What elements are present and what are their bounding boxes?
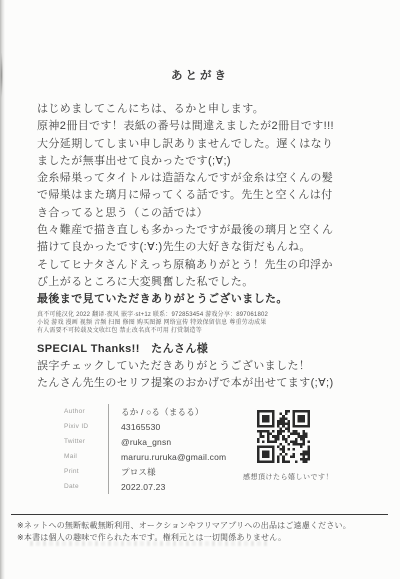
- info-row: Date 2022.07.23: [64, 479, 226, 494]
- body-text: はじめましてこんにちは、るかと申します。 原神2冊目です！表紙の番号は間違えまし…: [37, 101, 378, 393]
- info-value-mail: maruru.ruruka@gmail.com: [108, 449, 226, 464]
- credits-line: 有人需要不可转载及文收红包 禁止改名真不可用 打赏制造等: [37, 327, 378, 335]
- info-row: Print プロス様: [64, 464, 226, 479]
- credits-line: 小说 游戏 漫画 视频 音频 扫图 修图 购买图源 网络宣传 特效保留信息 尊重…: [37, 319, 378, 327]
- body-line: 大分延期してしまい申し訳ありませんでした。遅くはなり: [37, 136, 378, 153]
- info-row: Pixiv ID 43165530: [64, 419, 226, 434]
- info-value-date: 2022.07.23: [108, 479, 166, 494]
- info-label: Author: [64, 408, 108, 415]
- body-line: び上がるところに大変興奮した私でした。: [37, 274, 378, 291]
- qr-caption: 感想頂けたら嬉しいです！: [243, 472, 333, 482]
- info-label: Print: [64, 468, 108, 475]
- body-line: 金糸帰巣ってタイトルは造語なんですが金糸は空くんの髪: [37, 170, 378, 187]
- body-line: 描けて良かったです(:∀:)先生の大好きな街だもんね。: [37, 239, 378, 256]
- closing-line: 最後まで見ていただきありがとうございました。: [37, 291, 378, 308]
- qr-code: [257, 410, 310, 463]
- info-row: Mail maruru.ruruka@gmail.com: [64, 449, 226, 464]
- thanks-line: たんさん先生のセリフ提案のおかげで本が出せてます(;∀;): [37, 375, 378, 392]
- info-label: Mail: [64, 453, 108, 460]
- info-label: Twitter: [64, 438, 108, 445]
- special-thanks-heading: SPECIAL Thanks!! たんさん様: [37, 341, 378, 358]
- credits-line: 真不可能汉化 2022 翻译·夜风 嵌字·st+1z 联系：972853454 …: [37, 311, 378, 319]
- info-value-pixiv-id: 43165530: [108, 419, 160, 434]
- info-row: Author るか / ○る（まるる）: [64, 404, 226, 419]
- info-label: Pixiv ID: [64, 423, 108, 430]
- page-bleedthrough: [30, 541, 270, 546]
- body-line: そしてヒナタさんドえっち原稿ありがとう！先生の印浮か: [37, 257, 378, 274]
- body-line: き合ってると思う（この話では）: [37, 205, 378, 222]
- info-value-twitter: @ruka_gnsn: [108, 434, 171, 449]
- info-label: Date: [64, 483, 108, 490]
- body-line: はじめましてこんにちは、るかと申します。: [37, 101, 378, 118]
- body-line: で帰巣はまた璃月に帰ってくる話です。先生と空くんは付: [37, 187, 378, 204]
- thanks-line: 誤字チェックしていただきありがとうございました！: [37, 358, 378, 375]
- scanlation-credits: 真不可能汉化 2022 翻译·夜风 嵌字·st+1z 联系：972853454 …: [37, 311, 378, 336]
- info-row: Twitter @ruka_gnsn: [64, 434, 226, 449]
- body-line: ましたが無事出せて良かったです(;∀;): [37, 153, 378, 170]
- footer-note: ※ネットへの無断転載無断利用、オークションやフリマアプリへの出品はご遠慮ください…: [17, 520, 390, 532]
- afterword-page: あとがき はじめましてこんにちは、るかと申します。 原神2冊目です！表紙の番号は…: [0, 0, 400, 579]
- body-line: 色々難産で描き直しも多かったですが最後の璃月と空くん: [37, 222, 378, 239]
- page-title: あとがき: [0, 67, 400, 83]
- info-value-author: るか / ○る（まるる）: [108, 404, 204, 419]
- info-value-print: プロス様: [108, 464, 156, 479]
- divider-line: [11, 514, 388, 515]
- body-line: 原神2冊目です！表紙の番号は間違えましたが2冊目です!!!: [37, 118, 378, 135]
- info-table: Author るか / ○る（まるる） Pixiv ID 43165530 Tw…: [64, 404, 226, 494]
